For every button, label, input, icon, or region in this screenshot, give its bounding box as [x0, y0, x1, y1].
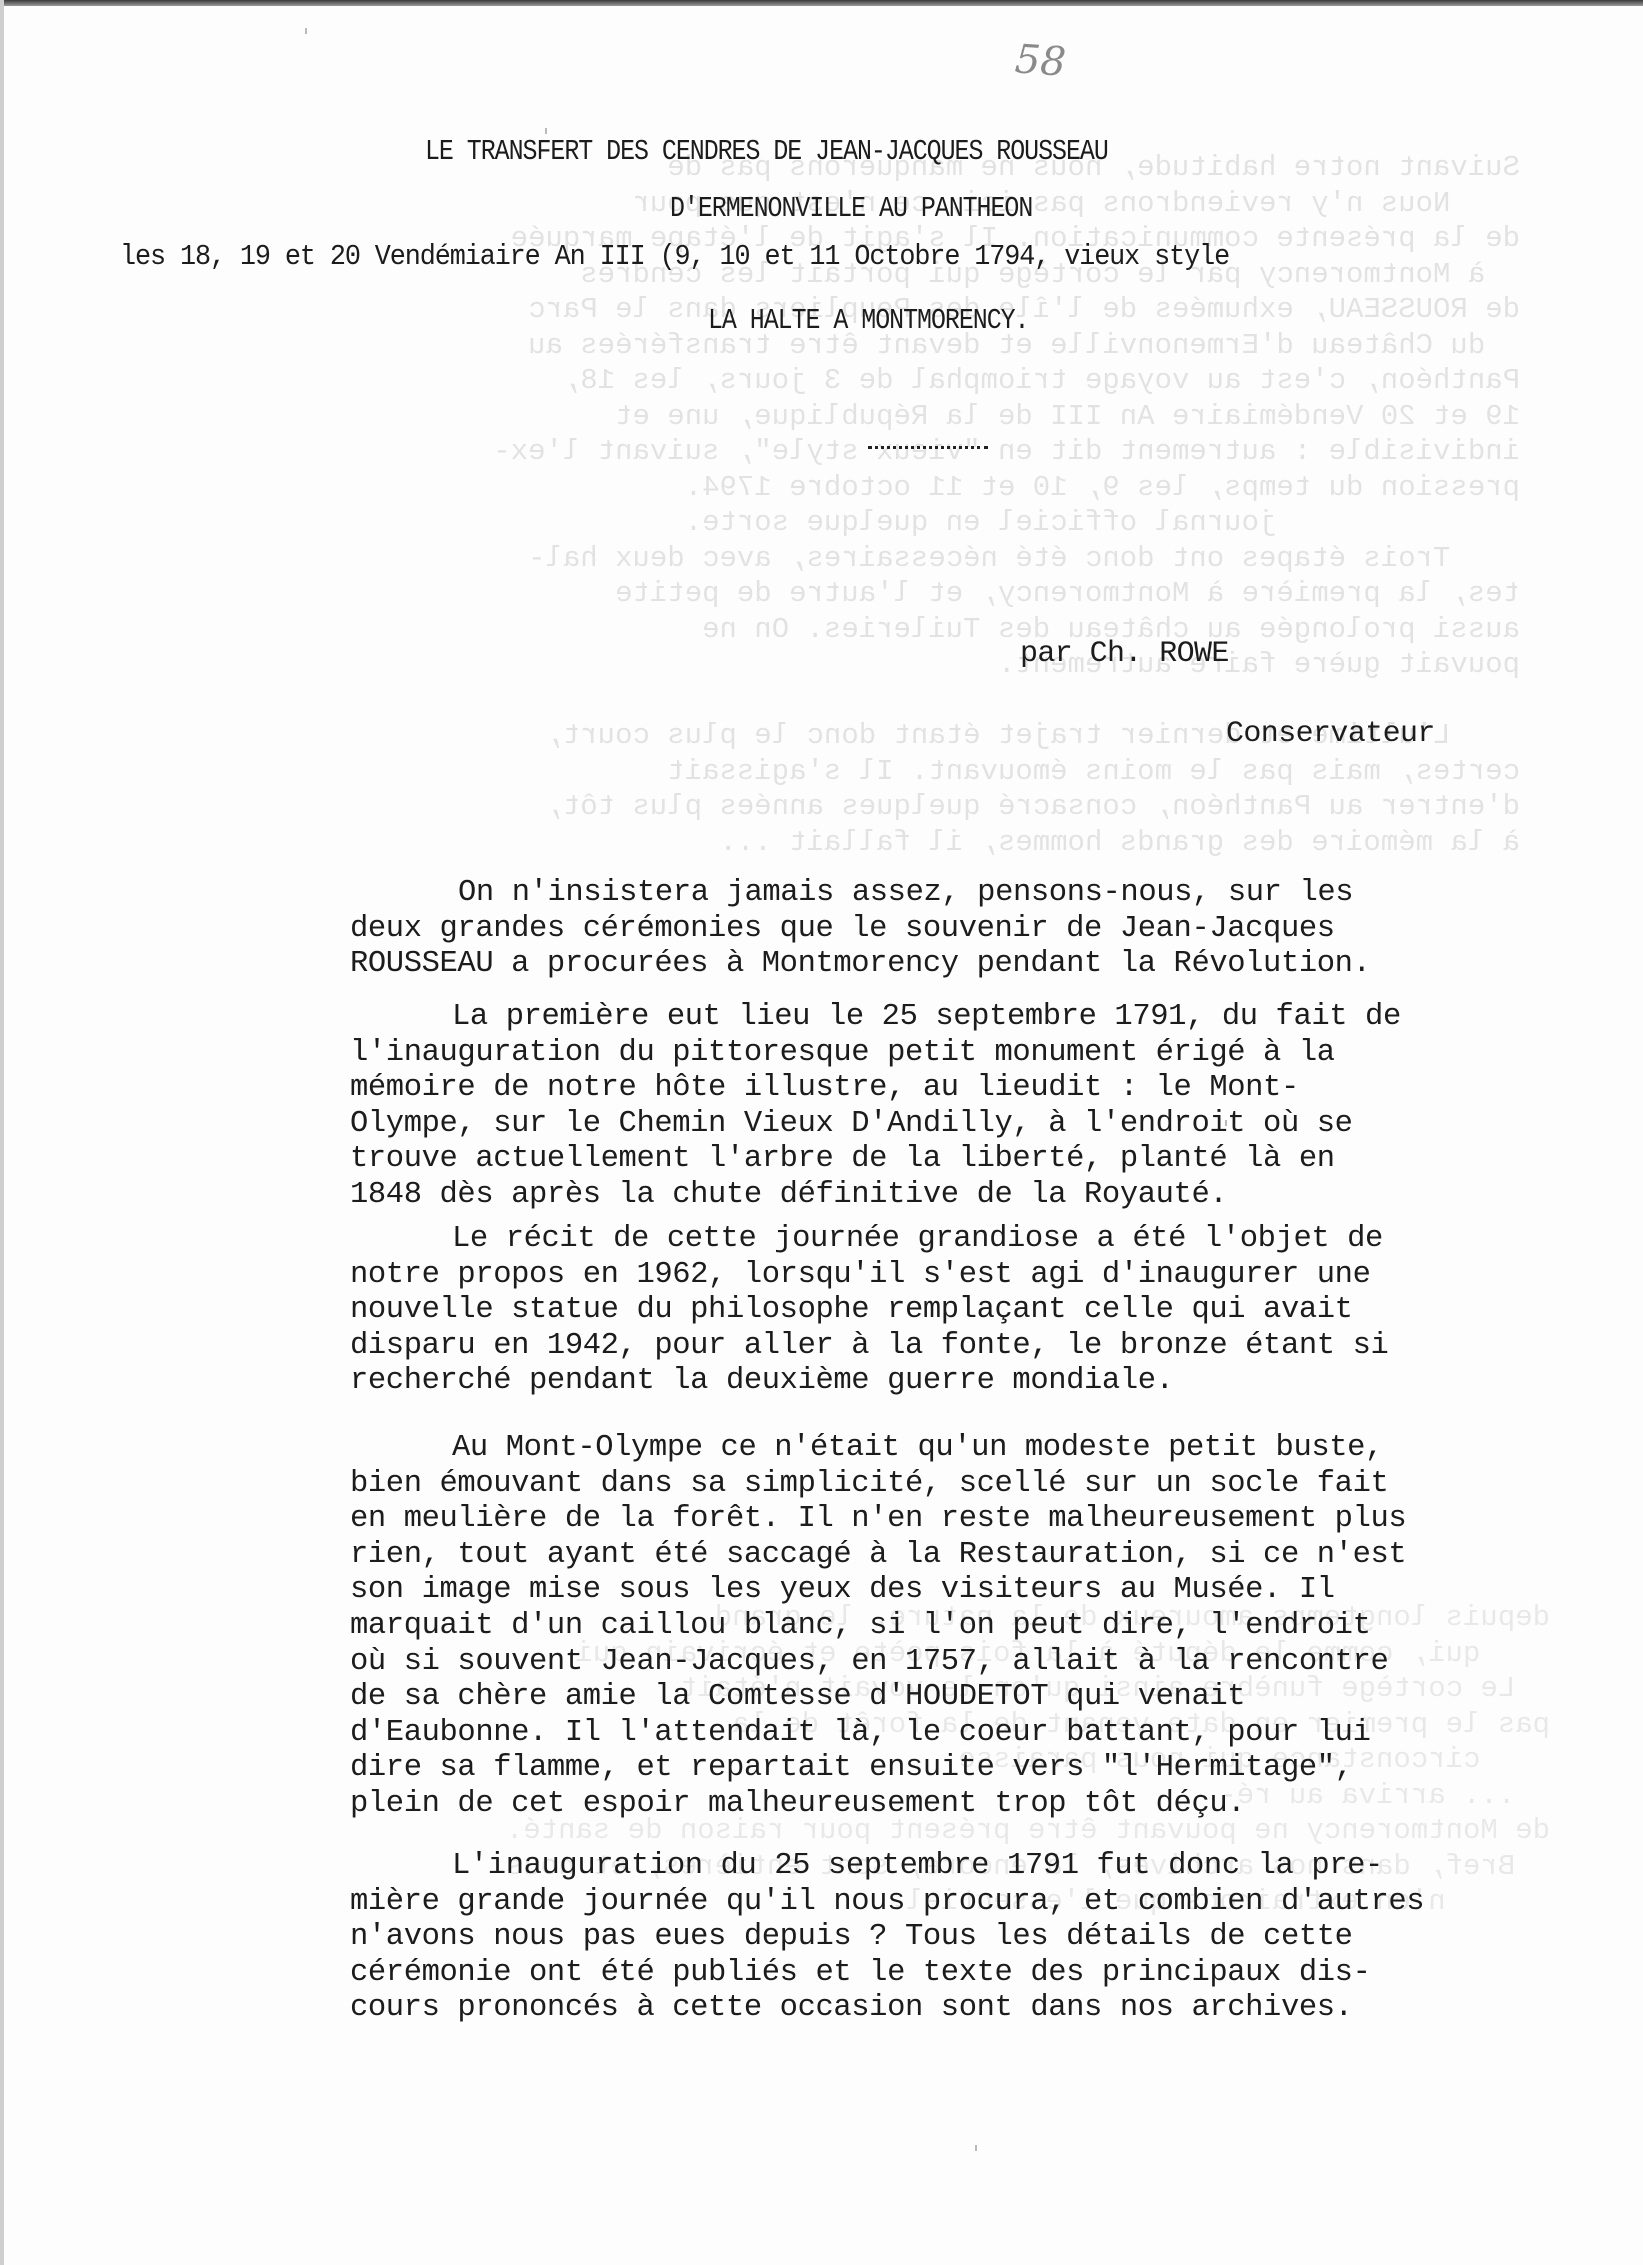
paragraph-4-line: d'Eaubonne. Il l'attendait là, le coeur …: [350, 1716, 1370, 1750]
title-line-2: D'ERMENONVILLE AU PANTHEON: [670, 192, 1032, 225]
paragraph-2-line: trouve actuellement l'arbre de la libert…: [350, 1142, 1335, 1176]
paragraph-3-line: nouvelle statue du philosophe remplaçant…: [350, 1293, 1353, 1327]
paragraph-4-line: en meulière de la forêt. Il n'en reste m…: [350, 1502, 1406, 1536]
paragraph-5-line: cours prononcés à cette occasion sont da…: [350, 1991, 1353, 2025]
paragraph-4-line: marquait d'un caillou blanc, si l'on peu…: [350, 1609, 1370, 1643]
paragraph-2-line: l'inauguration du pittoresque petit monu…: [350, 1036, 1335, 1070]
subtitle: LA HALTE A MONTMORENCY.: [708, 304, 1028, 337]
paragraph-4-line: où si souvent Jean-Jacques, en 1757, all…: [350, 1645, 1388, 1679]
paragraph-5-line: L'inauguration du 25 septembre 1791 fut …: [452, 1849, 1383, 1883]
paragraph-4-line: dire sa flamme, et repartait ensuite ver…: [350, 1751, 1353, 1785]
paragraph-4-line: plein de cet espoir malheureusement trop…: [350, 1787, 1245, 1821]
paragraph-4-line: bien émouvant dans sa simplicité, scellé…: [350, 1467, 1388, 1501]
paragraph-4-line: de sa chère amie la Comtesse d'HOUDETOT …: [350, 1680, 1245, 1714]
title-line-1: LE TRANSFERT DES CENDRES DE JEAN-JACQUES…: [425, 135, 1108, 168]
handwritten-page-number: 58: [1013, 36, 1067, 85]
paragraph-5-line: n'avons nous pas eues depuis ? Tous les …: [350, 1920, 1353, 1954]
paragraph-3-line: recherché pendant la deuxième guerre mon…: [350, 1364, 1174, 1398]
paragraph-5-line: cérémonie ont été publiés et le texte de…: [350, 1956, 1370, 1990]
paragraph-2-line: 1848 dès après la chute définitive de la…: [350, 1178, 1227, 1212]
paragraph-5-line: mière grande journée qu'il nous procura,…: [350, 1885, 1424, 1919]
paragraph-1-line: deux grandes cérémonies que le souvenir …: [350, 912, 1335, 946]
paragraph-1-line: On n'insistera jamais assez, pensons-nou…: [458, 876, 1353, 910]
scan-top-edge: [0, 0, 1643, 6]
paragraph-4-line: son image mise sous les yeux des visiteu…: [350, 1573, 1335, 1607]
paragraph-4-line: Au Mont-Olympe ce n'était qu'un modeste …: [452, 1431, 1383, 1465]
paragraph-1-line: ROUSSEAU a procurées à Montmorency penda…: [350, 947, 1370, 981]
paragraph-3-line: notre propos en 1962, lorsqu'il s'est ag…: [350, 1258, 1370, 1292]
paragraph-4-line: rien, tout ayant été saccagé à la Restau…: [350, 1538, 1406, 1572]
author-byline: par Ch. ROWE: [1020, 637, 1229, 671]
paragraph-2-line: La première eut lieu le 25 septembre 179…: [452, 1000, 1401, 1034]
author-role: Conservateur: [1226, 717, 1435, 751]
paragraph-3-line: Le récit de cette journée grandiose a ét…: [452, 1222, 1383, 1256]
paragraph-2-line: mémoire de notre hôte illustre, au lieud…: [350, 1071, 1299, 1105]
scanned-page: Suivant notre habitude, nous ne manquero…: [0, 0, 1643, 2265]
title-line-3-dates: les 18, 19 et 20 Vendémiaire An III (9, …: [120, 240, 1229, 273]
paragraph-2-line: Olympe, sur le Chemin Vieux D'Andilly, à…: [350, 1107, 1353, 1141]
scan-left-edge: [0, 0, 4, 2265]
paragraph-3-line: disparu en 1942, pour aller à la fonte, …: [350, 1329, 1388, 1363]
separator-rule: [868, 446, 988, 452]
